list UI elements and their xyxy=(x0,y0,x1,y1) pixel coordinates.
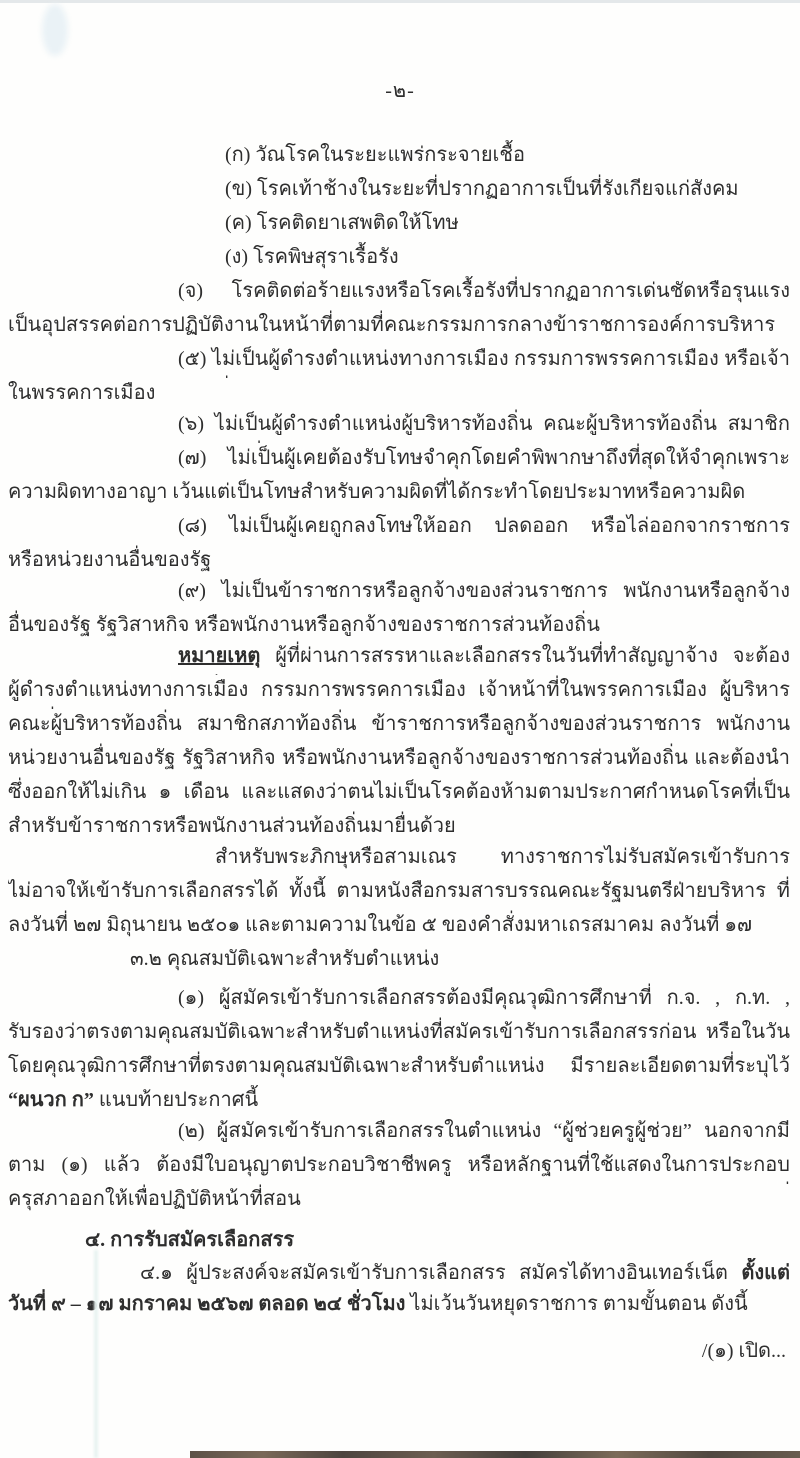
text-segment: ๔. การรับสมัครเลือกสรร xyxy=(85,1229,294,1251)
text-segment: ตาม (๑) แล้ว ต้องมีใบอนุญาตประกอบวิชาชีพ… xyxy=(8,1154,790,1184)
text-segment: (ง) โรคพิษสุราเรื้อรัง xyxy=(225,246,399,268)
text-line: (ค) โรคติดยาเสพติดให้โทษ xyxy=(225,208,790,239)
text-segment: (๑) ผู้สมัครเข้ารับการเลือกสรรต้องมีคุณว… xyxy=(178,987,790,1017)
text-line: ๔. การรับสมัครเลือกสรร xyxy=(85,1225,790,1256)
document-body: (ก) วัณโรคในระยะแพร่กระจายเชื้อ(ข) โรคเท… xyxy=(0,140,800,1320)
text-segment: แนบท้ายประกาศนี้ xyxy=(94,1089,258,1111)
text-segment: ไม่อาจให้เข้ารับการเลือกสรรได้ ทั้งนี้ ต… xyxy=(8,880,790,910)
text-line: (๙) ไม่เป็นข้าราชการหรือลูกจ้างของส่วนรา… xyxy=(178,576,790,610)
text-segment: ครุสภาออกให้เพื่อปฏิบัติหน้าที่สอน xyxy=(8,1188,301,1210)
text-segment: (ข) โรคเท้าช้างในระยะที่ปรากฏอาการเป็นที… xyxy=(225,178,739,200)
text-segment: หมายเหตุ xyxy=(178,645,260,667)
text-segment: (๙) ไม่เป็นข้าราชการหรือลูกจ้างของส่วนรา… xyxy=(178,580,790,610)
text-line: ความผิดทางอาญา เว้นแต่เป็นโทษสำหรับความผ… xyxy=(8,477,790,511)
text-line: (จ) โรคติดต่อร้ายแรงหรือโรคเรื้อรังที่ปร… xyxy=(178,276,790,310)
text-line: สำหรับพระภิกษุหรือสามเณร ทางราชการไม่รับ… xyxy=(215,842,790,876)
text-line: รับรองว่าตรงตามคุณสมบัติเฉพาะสำหรับตำแหน… xyxy=(8,1017,790,1051)
text-line: ซึ่งออกให้ไม่เกิน ๑ เดือน และแสดงว่าตนไม… xyxy=(8,777,790,811)
text-segment: สำหรับข้าราชการหรือพนักงานส่วนท้องถิ่นมา… xyxy=(8,815,456,837)
text-segment: หน่วยงานอื่นของรัฐ รัฐวิสาหกิจ หรือพนักง… xyxy=(8,747,790,777)
text-line: เป็นอุปสรรคต่อการปฏิบัติงานในหน้าที่ตามท… xyxy=(8,310,790,344)
text-line: ลงวันที่ ๒๗ มิถุนายน ๒๕๐๑ และตามความในข้… xyxy=(8,910,790,944)
text-segment: (๘) ไม่เป็นผู้เคยถูกลงโทษให้ออก ปลดออก ห… xyxy=(178,515,790,545)
scan-streak-artifact xyxy=(94,1250,98,1458)
text-segment: คณะผู้บริหารท้องถิ่น สมาชิกสภาท้องถิ่น ข… xyxy=(8,713,790,743)
text-segment: สำหรับพระภิกษุหรือสามเณร ทางราชการไม่รับ… xyxy=(215,846,790,876)
text-segment: (จ) โรคติดต่อร้ายแรงหรือโรคเรื้อรังที่ปร… xyxy=(178,280,790,310)
scan-bottom-strip-artifact xyxy=(190,1451,800,1458)
text-line: (๕) ไม่เป็นผู้ดำรงตำแหน่งทางการเมือง กรร… xyxy=(178,344,790,378)
text-segment: รับรองว่าตรงตามคุณสมบัติเฉพาะสำหรับตำแหน… xyxy=(8,1021,790,1051)
text-segment: (๖) ไม่เป็นผู้ดำรงตำแหน่งผู้บริหารท้องถิ… xyxy=(178,413,790,443)
text-line: ในพรรคการเมือง xyxy=(8,378,790,409)
text-line: ตาม (๑) แล้ว ต้องมีใบอนุญาตประกอบวิชาชีพ… xyxy=(8,1150,790,1184)
text-segment: ๓.๒ คุณสมบัติเฉพาะสำหรับตำแหน่ง xyxy=(130,948,439,970)
text-segment: ซึ่งออกให้ไม่เกิน ๑ เดือน และแสดงว่าตนไม… xyxy=(8,781,790,811)
text-line: ไม่อาจให้เข้ารับการเลือกสรรได้ ทั้งนี้ ต… xyxy=(8,876,790,910)
scanned-document-page: -๒- (ก) วัณโรคในระยะแพร่กระจายเชื้อ(ข) โ… xyxy=(0,0,800,1458)
text-segment: (๗) ไม่เป็นผู้เคยต้องรับโทษจำคุกโดยคำพิพ… xyxy=(178,447,790,477)
text-segment: (ก) วัณโรคในระยะแพร่กระจายเชื้อ xyxy=(225,144,525,166)
text-segment: ๔.๑ ผู้ประสงค์จะสมัครเข้ารับการเลือกสรร … xyxy=(140,1262,741,1284)
text-line: หรือหน่วยงานอื่นของรัฐ xyxy=(8,545,790,576)
scan-edge-artifact xyxy=(0,0,800,3)
text-line: ผู้ดำรงตำแหน่งทางการเมือง กรรมการพรรคการ… xyxy=(8,675,790,709)
text-line: หน่วยงานอื่นของรัฐ รัฐวิสาหกิจ หรือพนักง… xyxy=(8,743,790,777)
text-segment: อื่นของรัฐ รัฐวิสาหกิจ หรือพนักงานหรือลู… xyxy=(8,614,600,636)
text-line: คณะผู้บริหารท้องถิ่น สมาชิกสภาท้องถิ่น ข… xyxy=(8,709,790,743)
text-segment: ความผิดทางอาญา เว้นแต่เป็นโทษสำหรับความผ… xyxy=(8,481,745,511)
continuation-marker: /(๑) เปิด... xyxy=(702,1334,786,1366)
text-segment: วันที่ ๙ – ๑๗ มกราคม ๒๕๖๗ ตลอด ๒๔ ชั่วโม… xyxy=(8,1293,410,1315)
text-segment: เป็นอุปสรรคต่อการปฏิบัติงานในหน้าที่ตามท… xyxy=(8,314,775,344)
text-segment: หรือหน่วยงานอื่นของรัฐ xyxy=(8,549,211,571)
text-segment: ไม่เว้นวันหยุดราชการ ตามขั้นตอน ดังนี้ xyxy=(410,1293,747,1315)
text-segment: (๒) ผู้สมัครเข้ารับการเลือกสรรในตำแหน่ง … xyxy=(178,1120,790,1150)
text-segment: (๕) ไม่เป็นผู้ดำรงตำแหน่งทางการเมือง กรร… xyxy=(178,348,790,378)
text-line: โดยคุณวุฒิการศึกษาที่ตรงตามคุณสมบัติเฉพา… xyxy=(8,1051,790,1085)
text-line: ๓.๒ คุณสมบัติเฉพาะสำหรับตำแหน่ง xyxy=(130,944,790,975)
text-line: (ข) โรคเท้าช้างในระยะที่ปรากฏอาการเป็นที… xyxy=(225,174,790,205)
text-segment: ผู้ดำรงตำแหน่งทางการเมือง กรรมการพรรคการ… xyxy=(8,679,790,709)
scan-smudge-artifact xyxy=(42,4,68,56)
text-line: (๑) ผู้สมัครเข้ารับการเลือกสรรต้องมีคุณว… xyxy=(178,983,790,1017)
text-line: (๘) ไม่เป็นผู้เคยถูกลงโทษให้ออก ปลดออก ห… xyxy=(178,511,790,545)
text-line: (๗) ไม่เป็นผู้เคยต้องรับโทษจำคุกโดยคำพิพ… xyxy=(178,443,790,477)
text-segment: ลงวันที่ ๒๗ มิถุนายน ๒๕๐๑ และตามความในข้… xyxy=(8,914,752,944)
text-line: ๔.๑ ผู้ประสงค์จะสมัครเข้ารับการเลือกสรร … xyxy=(140,1258,790,1289)
page-number: -๒- xyxy=(0,0,800,106)
text-segment: ในพรรคการเมือง xyxy=(8,382,155,404)
text-line: อื่นของรัฐ รัฐวิสาหกิจ หรือพนักงานหรือลู… xyxy=(8,610,790,641)
text-line: ครุสภาออกให้เพื่อปฏิบัติหน้าที่สอน xyxy=(8,1184,790,1215)
text-line: (ง) โรคพิษสุราเรื้อรัง xyxy=(225,242,790,273)
text-segment: โดยคุณวุฒิการศึกษาที่ตรงตามคุณสมบัติเฉพา… xyxy=(8,1055,790,1085)
text-segment: “ผนวก ก” xyxy=(8,1089,94,1111)
text-line: หมายเหตุ ผู้ที่ผ่านการสรรหาและเลือกสรรใน… xyxy=(178,641,790,675)
text-segment: ตั้งแต่ xyxy=(741,1262,790,1284)
text-line: (ก) วัณโรคในระยะแพร่กระจายเชื้อ xyxy=(225,140,790,171)
text-line: สำหรับข้าราชการหรือพนักงานส่วนท้องถิ่นมา… xyxy=(8,811,790,842)
text-line: “ผนวก ก” แนบท้ายประกาศนี้ xyxy=(8,1085,790,1116)
text-line: วันที่ ๙ – ๑๗ มกราคม ๒๕๖๗ ตลอด ๒๔ ชั่วโม… xyxy=(8,1289,790,1320)
text-segment: (ค) โรคติดยาเสพติดให้โทษ xyxy=(225,212,459,234)
text-line: (๖) ไม่เป็นผู้ดำรงตำแหน่งผู้บริหารท้องถิ… xyxy=(178,409,790,443)
text-segment: ผู้ที่ผ่านการสรรหาและเลือกสรรในวันที่ทำส… xyxy=(178,645,790,675)
text-line: (๒) ผู้สมัครเข้ารับการเลือกสรรในตำแหน่ง … xyxy=(178,1116,790,1150)
